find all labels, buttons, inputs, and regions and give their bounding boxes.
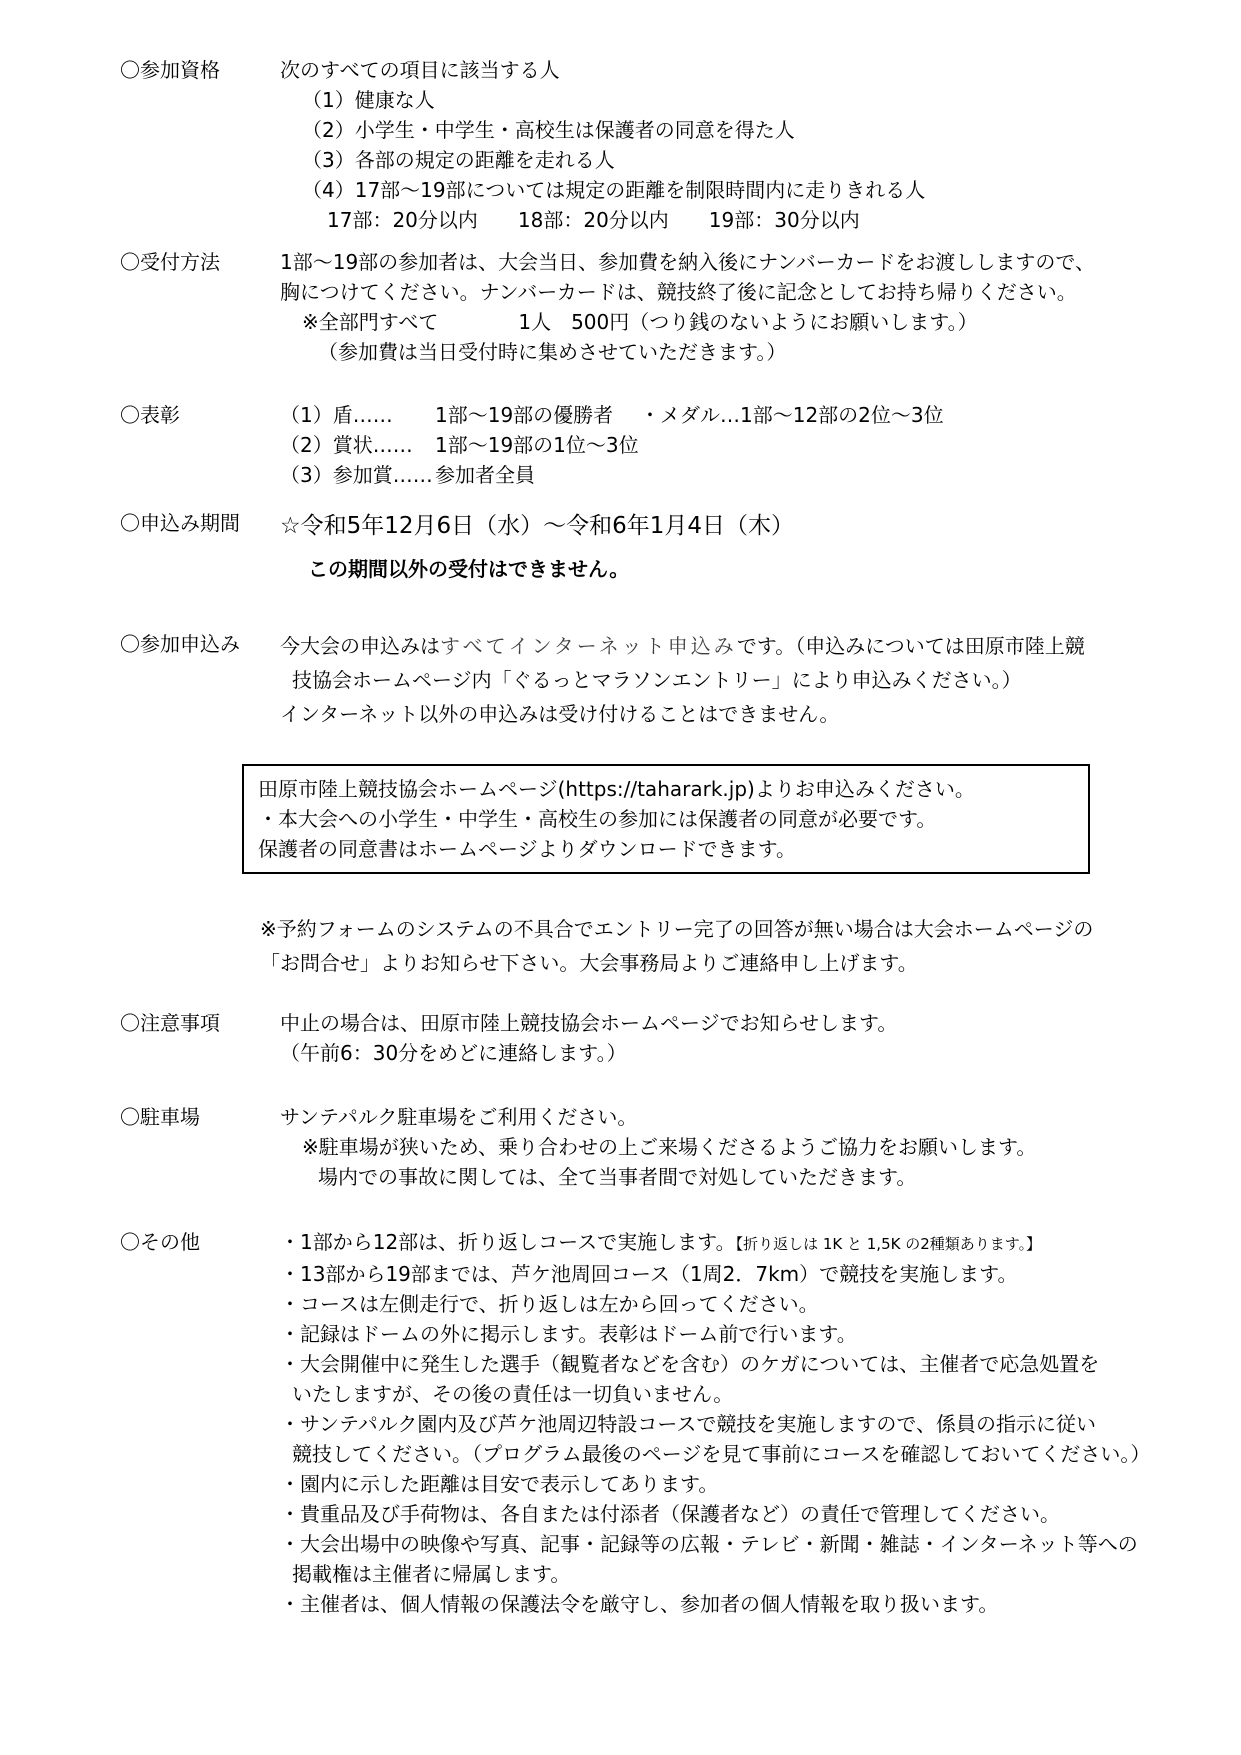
text-segment: 今大会の申込みは <box>280 634 440 658</box>
text-line: 次のすべての項目に該当する人 <box>280 55 1221 85</box>
text-line: サンテパルク駐車場をご利用ください。 <box>280 1102 1221 1132</box>
text-line: （1）盾……1部～19部の優勝者・メダル…1部～12部の2位～3位 <box>280 400 1221 430</box>
section-awards: 〇表彰（1）盾……1部～19部の優勝者・メダル…1部～12部の2位～3位（2）賞… <box>120 400 1221 490</box>
text-line: （2）小学生・中学生・高校生は保護者の同意を得た人 <box>302 115 1221 145</box>
text-line: 今大会の申込みはすべてインターネット申込みです。（申込みについては田原市陸上競 <box>280 629 1221 663</box>
section-others: 〇その他・1部から12部は、折り返しコースで実施します。【折り返しは 1K と … <box>120 1227 1221 1619</box>
text-segment: ・1部から12部は、折り返しコースで実施します。 <box>280 1230 736 1254</box>
text-line: （2）賞状……1部～19部の1位～3位 <box>280 430 1221 460</box>
section-heading-reception: 〇受付方法 <box>120 247 280 277</box>
text-line: （1）健康な人 <box>302 85 1221 115</box>
text-line: ・1部から12部は、折り返しコースで実施します。【折り返しは 1K と 1,5K… <box>280 1227 1221 1259</box>
section-reception: 〇受付方法1部～19部の参加者は、大会当日、参加費を納入後にナンバーカードをお渡… <box>120 247 1221 367</box>
section-content-others: ・1部から12部は、折り返しコースで実施します。【折り返しは 1K と 1,5K… <box>280 1227 1221 1619</box>
text-line: ・13部から19部までは、芦ケ池周回コース（1周2．7km）で競技を実施します。 <box>280 1259 1221 1289</box>
text-line: 田原市陸上競技協会ホームページ(https://taharark.jp)よりお申… <box>258 774 1074 804</box>
text-line: 胸につけてください。ナンバーカードは、競技終了後に記念としてお持ち帰りください。 <box>280 277 1221 307</box>
text-line: ・サンテパルク園内及び芦ケ池周辺特設コースで競技を実施しますので、係員の指示に従… <box>280 1409 1221 1439</box>
section-parking: 〇駐車場サンテパルク駐車場をご利用ください。※駐車場が狭いため、乗り合わせの上ご… <box>120 1102 1221 1192</box>
section-content-notes: 中止の場合は、田原市陸上競技協会ホームページでお知らせします。（午前6：30分を… <box>280 1008 1221 1068</box>
section-heading-awards: 〇表彰 <box>120 400 280 430</box>
event-info-page: 〇参加資格次のすべての項目に該当する人（1）健康な人（2）小学生・中学生・高校生… <box>0 0 1241 1755</box>
text-line: この期間以外の受付はできません。 <box>308 554 1221 584</box>
text-segment: （3）参加賞…… <box>280 460 435 490</box>
application-info-box: 田原市陸上競技協会ホームページ(https://taharark.jp)よりお申… <box>242 764 1090 874</box>
text-line: （午前6：30分をめどに連絡します。） <box>280 1038 1221 1068</box>
text-line: ・園内に示した距離は目安で表示してあります。 <box>280 1469 1221 1499</box>
text-line: （3）参加賞……参加者全員 <box>280 460 1221 490</box>
text-segment: です。（申込みについては田原市陸上競 <box>737 634 1085 658</box>
text-line: ・記録はドームの外に掲示します。表彰はドーム前で行います。 <box>280 1319 1221 1349</box>
text-line: 競技してください。（プログラム最後のページを見て事前にコースを確認しておいてくだ… <box>292 1439 1221 1469</box>
section-heading-application: 〇参加申込み <box>120 629 280 659</box>
section-heading-notes: 〇注意事項 <box>120 1008 280 1038</box>
text-line: （参加費は当日受付時に集めさせていただきます。） <box>318 337 1221 367</box>
text-segment: （2）賞状…… <box>280 430 435 460</box>
document-body: { "document": { "background_color": "#ff… <box>0 0 1241 1755</box>
text-line: 掲載権は主催者に帰属します。 <box>292 1559 1221 1589</box>
text-line: 1部～19部の参加者は、大会当日、参加費を納入後にナンバーカードをお渡ししますの… <box>280 247 1221 277</box>
section-application: 〇参加申込み今大会の申込みはすべてインターネット申込みです。（申込みについては田… <box>120 629 1221 980</box>
section-period: 〇申込み期間☆令和5年12月6日（水）～令和6年1月4日（木）この期間以外の受付… <box>120 508 1221 584</box>
section-heading-others: 〇その他 <box>120 1227 280 1257</box>
text-line: ※駐車場が狭いため、乗り合わせの上ご来場くださるようご協力をお願いします。 <box>302 1132 1221 1162</box>
text-segment: 1部～19部の1位～3位 <box>435 433 639 457</box>
text-line: ※予約フォームのシステムの不具合でエントリー完了の回答が無い場合は大会ホームペー… <box>260 912 1221 946</box>
text-segment: すべてインターネット申込み <box>440 634 737 658</box>
text-line: （4）17部～19部については規定の距離を制限時間内に走りきれる人 <box>302 175 1221 205</box>
text-line: インターネット以外の申込みは受け付けることはできません。 <box>280 697 1221 731</box>
section-content-application: 今大会の申込みはすべてインターネット申込みです。（申込みについては田原市陸上競技… <box>280 629 1221 980</box>
section-heading-parking: 〇駐車場 <box>120 1102 280 1132</box>
text-line: ☆令和5年12月6日（水）～令和6年1月4日（木） <box>280 508 1221 544</box>
section-heading-period: 〇申込み期間 <box>120 508 280 538</box>
section-content-reception: 1部～19部の参加者は、大会当日、参加費を納入後にナンバーカードをお渡ししますの… <box>280 247 1221 367</box>
text-line: ・貴重品及び手荷物は、各自または付添者（保護者など）の責任で管理してください。 <box>280 1499 1221 1529</box>
text-line: 技協会ホームページ内「ぐるっとマラソンエントリー」により申込みください。） <box>292 663 1221 697</box>
text-line: 保護者の同意書はホームページよりダウンロードできます。 <box>258 834 1074 864</box>
text-line: ・大会出場中の映像や写真、記事・記録等の広報・テレビ・新聞・雑誌・インターネット… <box>280 1529 1221 1559</box>
text-line: 17部：20分以内 18部：20分以内 19部：30分以内 <box>327 205 1221 235</box>
section-content-period: ☆令和5年12月6日（水）～令和6年1月4日（木）この期間以外の受付はできません… <box>280 508 1221 584</box>
text-line: （3）各部の規定の距離を走れる人 <box>302 145 1221 175</box>
text-line: ・コースは左側走行で、折り返しは左から回ってください。 <box>280 1289 1221 1319</box>
text-line: 「お問合せ」よりお知らせ下さい。大会事務局よりご連絡申し上げます。 <box>260 946 1221 980</box>
section-content-parking: サンテパルク駐車場をご利用ください。※駐車場が狭いため、乗り合わせの上ご来場くだ… <box>280 1102 1221 1192</box>
text-line: 中止の場合は、田原市陸上競技協会ホームページでお知らせします。 <box>280 1008 1221 1038</box>
text-line: ・大会開催中に発生した選手（観覧者などを含む）のケガについては、主催者で応急処置… <box>280 1349 1221 1379</box>
text-line: ・本大会への小学生・中学生・高校生の参加には保護者の同意が必要です。 <box>258 804 1074 834</box>
text-segment: 1部～19部の優勝者 <box>435 400 640 430</box>
text-line: ※全部門すべて 1人 500円（つり銭のないようにお願いします。） <box>302 307 1221 337</box>
section-heading-eligibility: 〇参加資格 <box>120 55 280 85</box>
text-line: ・主催者は、個人情報の保護法令を厳守し、参加者の個人情報を取り扱います。 <box>280 1589 1221 1619</box>
text-segment: 【折り返しは 1K と 1,5K の2種類あります。】 <box>736 1235 1042 1253</box>
text-line: 場内での事故に関しては、全て当事者間で対処していただきます。 <box>318 1162 1221 1192</box>
section-content-awards: （1）盾……1部～19部の優勝者・メダル…1部～12部の2位～3位（2）賞状……… <box>280 400 1221 490</box>
text-segment: 参加者全員 <box>435 463 535 487</box>
section-notes: 〇注意事項中止の場合は、田原市陸上競技協会ホームページでお知らせします。（午前6… <box>120 1008 1221 1068</box>
section-eligibility: 〇参加資格次のすべての項目に該当する人（1）健康な人（2）小学生・中学生・高校生… <box>120 55 1221 235</box>
text-segment: （1）盾…… <box>280 400 435 430</box>
text-line: いたしますが、その後の責任は一切負いません。 <box>292 1379 1221 1409</box>
section-content-eligibility: 次のすべての項目に該当する人（1）健康な人（2）小学生・中学生・高校生は保護者の… <box>280 55 1221 235</box>
text-segment: ・メダル…1部～12部の2位～3位 <box>640 403 944 427</box>
